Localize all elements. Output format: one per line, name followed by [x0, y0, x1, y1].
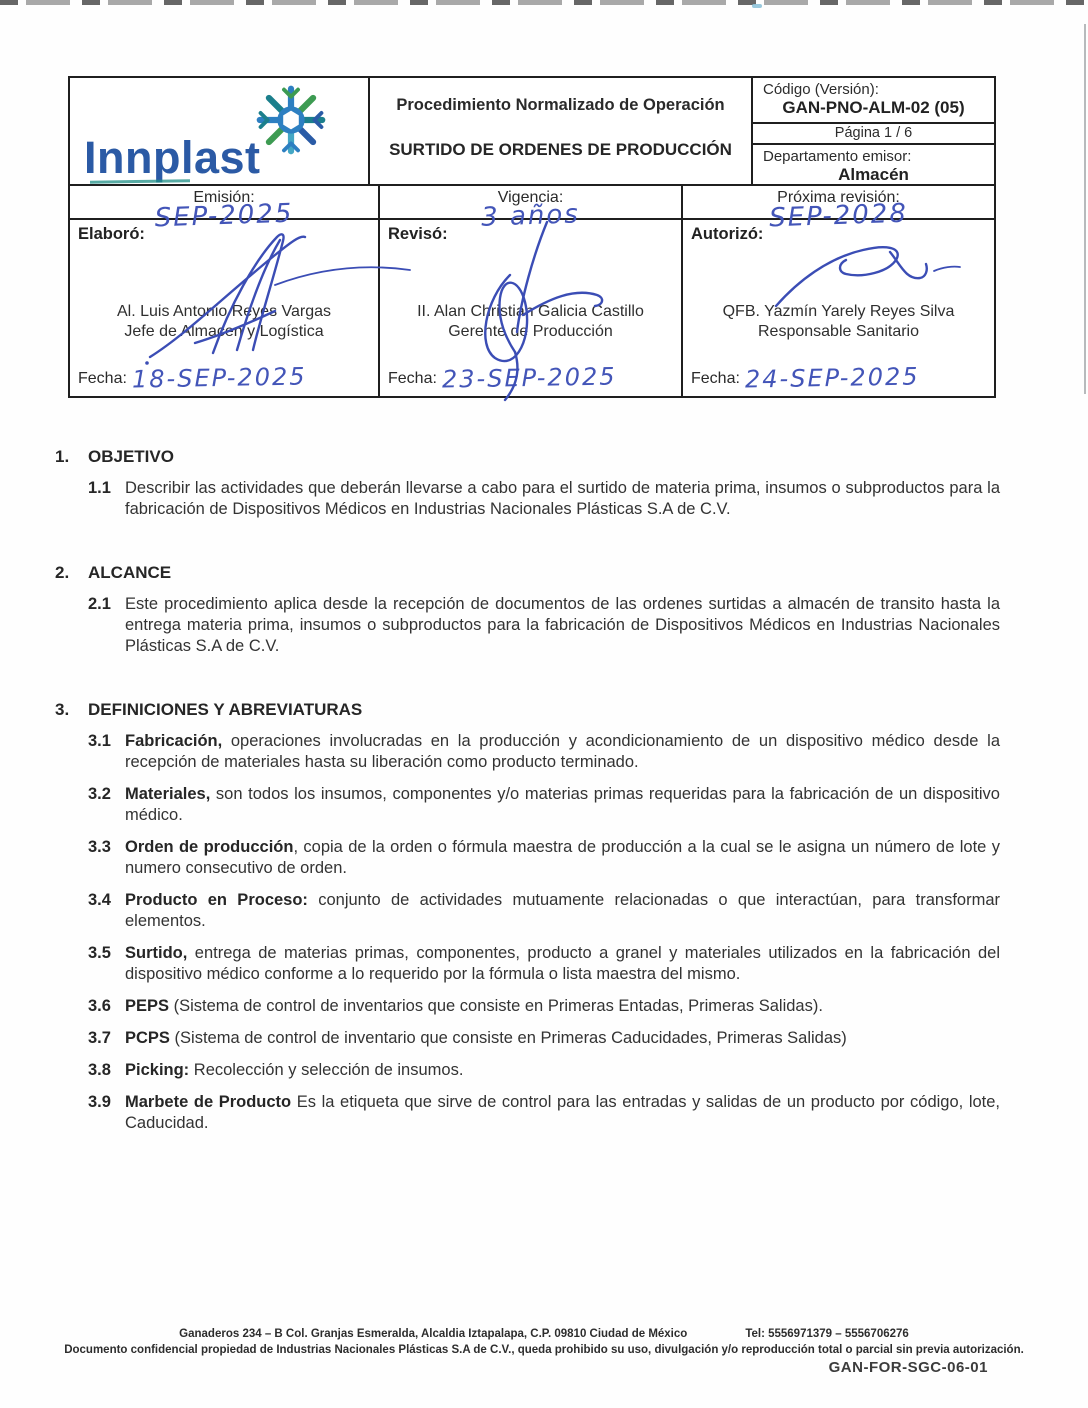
footer-address: Ganaderos 234 – B Col. Granjas Esmeralda…: [179, 1328, 687, 1340]
proxima-revision-cell: Próxima revisión: SEP-2028: [681, 184, 996, 220]
clause: 3.4 Producto en Proceso: conjunto de act…: [55, 890, 1000, 932]
clause-lead: Orden de producción: [125, 838, 293, 856]
clause-number: 3.3: [88, 837, 125, 879]
clause: 3.3 Orden de producción, copia de la ord…: [55, 837, 1000, 879]
clause: 1.1 Describir las actividades que deberá…: [55, 478, 1000, 520]
innplast-snowflake-logo-icon: [252, 81, 330, 159]
clause-text: PCPS (Sistema de control de inventario q…: [125, 1028, 1000, 1049]
reviso-signature: [455, 220, 625, 402]
clause-text: Orden de producción, copia de la orden o…: [125, 837, 1000, 879]
pagina-value: Página 1 / 6: [753, 124, 994, 145]
clause-number: 3.7: [88, 1028, 125, 1049]
signer-title: Responsable Sanitario: [683, 322, 994, 342]
clause-lead: Fabricación,: [125, 732, 222, 750]
departamento-box: Departamento emisor: Almacén: [753, 145, 994, 189]
clause-text: Fabricación, operaciones involucradas en…: [125, 731, 1000, 773]
clause: 3.5 Surtido, entrega de materias primas,…: [55, 943, 1000, 985]
clause-text: PEPS (Sistema de control de inventarios …: [125, 996, 1000, 1017]
fecha-label: Fecha:: [691, 370, 740, 387]
codigo-value: GAN-PNO-ALM-02 (05): [763, 98, 984, 118]
footer-line1: Ganaderos 234 – B Col. Granjas Esmeralda…: [0, 1328, 1088, 1340]
clause-number: 3.6: [88, 996, 125, 1017]
doc-type-title: Procedimiento Normalizado de Operación: [396, 96, 724, 115]
header-row-signers: Elaboró: Al. Luis Antonio Reyes Vargas J…: [68, 220, 1000, 398]
footer-tel: Tel: 5556971379 – 5556706276: [745, 1328, 909, 1340]
fecha-label: Fecha:: [388, 370, 437, 387]
scanned-document-page: Innplast Procedimiento Normalizado de Op…: [0, 0, 1088, 1408]
clause-body: Recolección y selección de insumos.: [189, 1061, 463, 1079]
footer-form-code: GAN-FOR-SGC-06-01: [0, 1359, 1088, 1376]
clause-body: entrega de materias primas, componentes,…: [125, 944, 1000, 983]
clause-lead: Picking:: [125, 1061, 189, 1079]
section-title: OBJETIVO: [88, 446, 174, 467]
autorizo-signature: [768, 236, 968, 321]
footer-confidential: Documento confidencial propiedad de Indu…: [0, 1344, 1088, 1356]
clause-lead: PCPS: [125, 1029, 170, 1047]
clause-body: operaciones involucradas en la producció…: [125, 732, 1000, 771]
clause-number: 3.2: [88, 784, 125, 826]
section-title: ALCANCE: [88, 562, 171, 583]
clause-lead: Surtido,: [125, 944, 187, 962]
header-row-title: Innplast Procedimiento Normalizado de Op…: [68, 76, 1000, 186]
clause-text: Producto en Proceso: conjunto de activid…: [125, 890, 1000, 932]
section-alcance: 2. ALCANCE 2.1 Este procedimiento aplica…: [55, 562, 1000, 657]
elaboro-signature: [125, 225, 425, 370]
clause-number: 3.5: [88, 943, 125, 985]
clause: 3.8 Picking: Recolección y selección de …: [55, 1060, 1000, 1081]
section-heading: 2. ALCANCE: [55, 562, 1000, 583]
clause: 3.1 Fabricación, operaciones involucrada…: [55, 731, 1000, 773]
doc-main-title: SURTIDO DE ORDENES DE PRODUCCIÓN: [389, 140, 732, 160]
clause-number: 2.1: [88, 594, 125, 657]
scan-artifact-right-line: [1084, 24, 1086, 394]
clause-text: Describir las actividades que deberán ll…: [125, 478, 1000, 520]
section-number: 1.: [55, 446, 88, 467]
innplast-logo-text: Innplast: [84, 135, 261, 180]
autorizo-cell: Autorizó: QFB. Yazmín Yarely Reyes Silva…: [681, 218, 996, 398]
clause-number: 1.1: [88, 478, 125, 520]
clause-lead: PEPS: [125, 997, 169, 1015]
section-title: DEFINICIONES Y ABREVIATURAS: [88, 699, 362, 720]
clause-lead: Producto en Proceso:: [125, 891, 308, 909]
section-objetivo: 1. OBJETIVO 1.1 Describir las actividade…: [55, 446, 1000, 520]
section-definiciones: 3. DEFINICIONES Y ABREVIATURAS 3.1 Fabri…: [55, 699, 1000, 1134]
clause: 3.7 PCPS (Sistema de control de inventar…: [55, 1028, 1000, 1049]
logo-cell: Innplast: [68, 76, 370, 186]
clause-body: son todos los insumos, componentes y/o m…: [125, 785, 1000, 824]
clause: 3.9 Marbete de Producto Es la etiqueta q…: [55, 1092, 1000, 1134]
fecha-handwritten-value: 24-SEP-2025: [745, 362, 920, 393]
clause-text: Picking: Recolección y selección de insu…: [125, 1060, 1000, 1081]
clause-body: Describir las actividades que deberán ll…: [125, 479, 1000, 518]
meta-cell: Código (Versión): GAN-PNO-ALM-02 (05) Pá…: [751, 76, 996, 186]
header-row-dates: Emisión: SEP-2025 Vigencia: 3 años Próxi…: [68, 186, 1000, 220]
clause-lead: Materiales,: [125, 785, 210, 803]
clause-text: Este procedimiento aplica desde la recep…: [125, 594, 1000, 657]
clause: 2.1 Este procedimiento aplica desde la r…: [55, 594, 1000, 657]
section-heading: 1. OBJETIVO: [55, 446, 1000, 467]
clause-body: Este procedimiento aplica desde la recep…: [125, 595, 1000, 655]
clause-number: 3.4: [88, 890, 125, 932]
autorizo-fecha: Fecha:24-SEP-2025: [691, 364, 919, 392]
clause-number: 3.8: [88, 1060, 125, 1081]
section-heading: 3. DEFINICIONES Y ABREVIATURAS: [55, 699, 1000, 720]
scan-artifact-top: [0, 0, 1088, 5]
scan-speck: [752, 4, 762, 8]
departamento-label: Departamento emisor:: [763, 148, 984, 165]
section-number: 3.: [55, 699, 88, 720]
clause-text: Surtido, entrega de materias primas, com…: [125, 943, 1000, 985]
clause-body: (Sistema de control de inventarios que c…: [169, 997, 823, 1015]
doc-header-table: Innplast Procedimiento Normalizado de Op…: [68, 76, 1000, 398]
title-cell: Procedimiento Normalizado de Operación S…: [368, 76, 753, 186]
elaboro-cell: Elaboró: Al. Luis Antonio Reyes Vargas J…: [68, 218, 380, 398]
emision-cell: Emisión: SEP-2025: [68, 184, 380, 220]
page-footer: Ganaderos 234 – B Col. Granjas Esmeralda…: [0, 1328, 1088, 1376]
clause-number: 3.1: [88, 731, 125, 773]
vigencia-cell: Vigencia: 3 años: [378, 184, 683, 220]
section-number: 2.: [55, 562, 88, 583]
codigo-box: Código (Versión): GAN-PNO-ALM-02 (05): [753, 78, 994, 124]
departamento-value: Almacén: [763, 165, 984, 185]
clause-text: Materiales, son todos los insumos, compo…: [125, 784, 1000, 826]
document-body: 1. OBJETIVO 1.1 Describir las actividade…: [0, 446, 1088, 1134]
clause: 3.2 Materiales, son todos los insumos, c…: [55, 784, 1000, 826]
clause-number: 3.9: [88, 1092, 125, 1134]
fecha-label: Fecha:: [78, 370, 127, 387]
clause: 3.6 PEPS (Sistema de control de inventar…: [55, 996, 1000, 1017]
clause-body: (Sistema de control de inventario que co…: [170, 1029, 847, 1047]
codigo-label: Código (Versión):: [763, 81, 984, 98]
clause-lead: Marbete de Producto: [125, 1093, 291, 1111]
clause-text: Marbete de Producto Es la etiqueta que s…: [125, 1092, 1000, 1134]
